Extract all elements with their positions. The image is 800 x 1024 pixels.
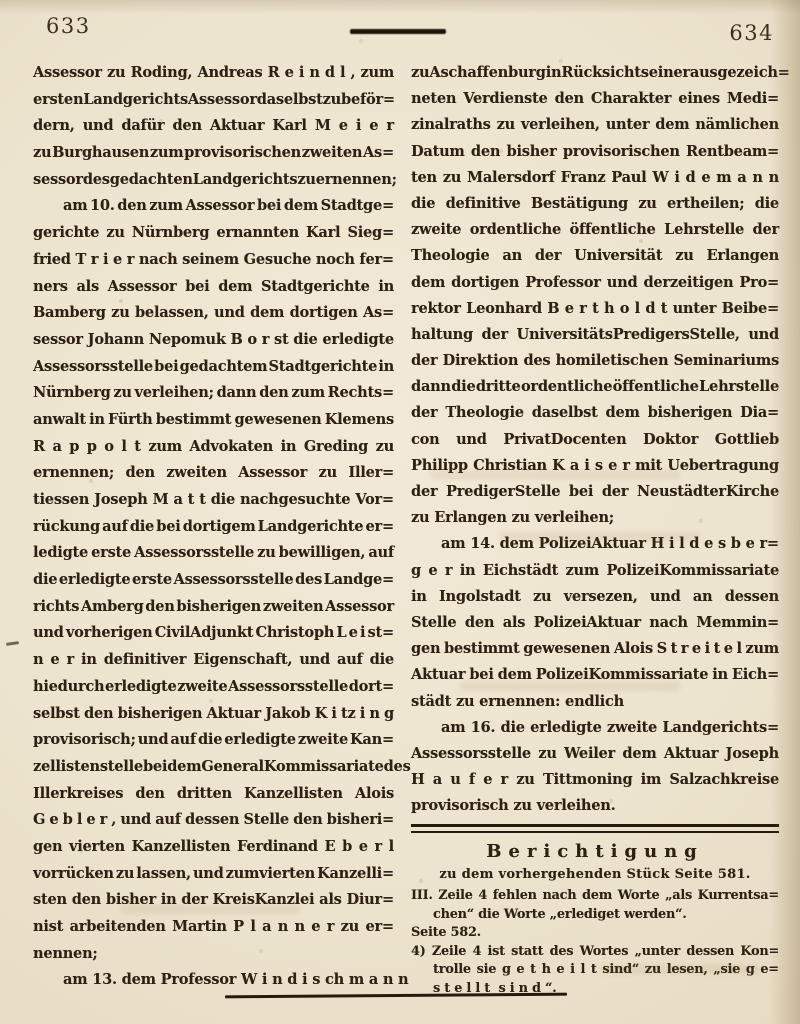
text-line: zellistenstellebeidemGeneralKommissariat… xyxy=(33,754,394,781)
text-line: AssessorsstellebeigedachtemStadtgerichte… xyxy=(33,354,394,381)
margin-mark xyxy=(6,641,19,646)
page-number-right: 634 xyxy=(729,21,774,45)
text-line: richtsAmbergdenbisherigenzweitenAssessor xyxy=(33,594,394,621)
text-line: AssessorsstellezuWeilerdemAktuarJoseph xyxy=(411,741,779,767)
text-line: ernennen;denzweitenAssessorzuIller= xyxy=(33,460,394,487)
text-line: danndiedritteordentlicheöffentlicheLehrs… xyxy=(411,374,779,400)
text-line: dieerledigteersteAssessorsstelledesLandg… xyxy=(33,567,394,594)
text-line: RappoltzumAdvokateninGredingzu xyxy=(33,434,394,461)
text-line: zinalrathszuverleihen,unterdemnämlichen xyxy=(411,112,779,138)
text-line: DatumdenbisherprovisorischenRentbeam= xyxy=(411,139,779,165)
text-line: anwaltinFürthbestimmtgewesenenKlemens xyxy=(33,407,394,434)
text-line: am10.denzumAssessorbeidemStadtge= xyxy=(33,193,394,220)
text-line: chen“ die Worte „erlediget werden“. xyxy=(411,906,779,925)
text-line: am14.demPolizeiAktuarHildesber= xyxy=(411,531,779,557)
text-line: am 13. dem Professor W i n d i s ch m a … xyxy=(33,967,394,994)
text-line: stendenbisherinderKreisKanzleialsDiur= xyxy=(33,887,394,914)
text-line: zuBurghausenzumprovisorischenzweitenAs= xyxy=(33,140,394,167)
text-line: 4)Zeile4iststattdesWortes„unterdessenKon… xyxy=(411,943,779,962)
page-header: 633 634 xyxy=(46,14,774,45)
correction-subtitle: zu dem vorhergehenden Stück Seite 581. xyxy=(411,865,779,885)
text-line: nennen; xyxy=(33,941,394,968)
text-line: derPredigerStellebeiderNeustädterKirche xyxy=(411,479,779,505)
text-line: diedefinitiveBestätigungzuertheilen;die xyxy=(411,191,779,217)
text-line: ledigteersteAssessorsstellezubewilligen,… xyxy=(33,540,394,567)
text-line: sessorJohannNepomukBorstdieerledigte xyxy=(33,327,394,354)
text-line: nistarbeitendenMartinPlannerzuer= xyxy=(33,914,394,941)
text-line: städt zu ernennen: endlich xyxy=(411,689,779,715)
text-line: HauferzuTittmoningimSalzachkreise xyxy=(411,767,779,793)
text-line: derTheologiedaselbstdembisherigenDia= xyxy=(411,400,779,426)
text-line: rektorLeonhardBertholdtunterBeibe= xyxy=(411,296,779,322)
text-line: PhilippChristianKaisermitUebertragung xyxy=(411,453,779,479)
text-line: provisorisch;undaufdieerledigtezweiteKan… xyxy=(33,727,394,754)
text-line: Bambergzubelassen,unddemdortigenAs= xyxy=(33,300,394,327)
text-line: sessordesgedachtenLandgerichtszuernennen… xyxy=(33,167,394,194)
text-line: vorrückenzulassen,undzumviertenKanzelli= xyxy=(33,861,394,888)
text-line: genbestimmtgewesenenAloisStreitelzum xyxy=(411,636,779,662)
text-line: nerindefinitiverEigenschaft,undaufdie xyxy=(33,647,394,674)
paper-speckles xyxy=(0,0,2,2)
page-top-shadow xyxy=(0,0,800,14)
text-line: dern,unddafürdenAktuarKarlMeier xyxy=(33,113,394,140)
text-line: rückungaufdiebeidortigemLandgerichteer= xyxy=(33,514,394,541)
text-line: tenzuMalersdorfFranzPaulWidemann xyxy=(411,165,779,191)
text-line: genviertenKanzellistenFerdinandEberl xyxy=(33,834,394,861)
text-line: III.Zeile4fehlennachdemWorte„alsKurrents… xyxy=(411,887,779,906)
text-line: selbstdenbisherigenAktuarJakobKitzing xyxy=(33,701,394,728)
two-column-text-block: AssessorzuRoding,AndreasReindl,zumersten… xyxy=(33,60,779,998)
text-line: haltungderUniversitätsPredigersStelle,un… xyxy=(411,322,779,348)
scanned-gazette-page: 633 634 AssessorzuRoding,AndreasReindl,z… xyxy=(0,0,800,1024)
text-line: zuAschaffenburginRücksichtseinerausgezei… xyxy=(411,60,779,86)
header-divider-rule xyxy=(350,29,446,34)
text-line: gerinEichstädtzumPolizeiKommissariate xyxy=(411,558,779,584)
page-number-left: 633 xyxy=(46,14,91,38)
text-line: IllerkreisesdendrittenKanzellistenAlois xyxy=(33,781,394,808)
text-line: provisorisch zu verleihen. xyxy=(411,793,779,819)
text-line: friedTriernachseinemGesuchenochfer= xyxy=(33,247,394,274)
text-line: Nürnbergzuverleihen;danndenzumRechts= xyxy=(33,380,394,407)
right-column-main-text: zuAschaffenburginRücksichtseinerausgezei… xyxy=(411,60,779,819)
text-line: netenVerdienstedenCharaktereinesMedi= xyxy=(411,86,779,112)
left-text-column: AssessorzuRoding,AndreasReindl,zumersten… xyxy=(33,60,394,998)
text-line: undvorherigenCivilAdjunktChristophLeist= xyxy=(33,620,394,647)
text-line: AssessorzuRoding,AndreasReindl,zum xyxy=(33,60,394,87)
text-line: tiessenJosephMattdienachgesuchteVor= xyxy=(33,487,394,514)
text-line: hiedurcherledigtezweiteAssessorsstelledo… xyxy=(33,674,394,701)
correction-heading: Berichtigung xyxy=(411,839,779,865)
text-line: zweiteordentlicheöffentlicheLehrstellede… xyxy=(411,217,779,243)
correction-notes: III.Zeile4fehlennachdemWorte„alsKurrents… xyxy=(411,887,779,998)
text-line: gerichtezuNürnbergernanntenKarlSieg= xyxy=(33,220,394,247)
right-text-column: zuAschaffenburginRücksichtseinerausgezei… xyxy=(411,60,779,998)
text-line: AktuarbeidemPolizeiKommissariateinEich= xyxy=(411,662,779,688)
section-divider-double-rule xyxy=(411,824,779,833)
text-line: Seite 582. xyxy=(411,924,779,943)
text-line: demdortigenProfessorundderzeitigenPro= xyxy=(411,270,779,296)
text-line: erstenLandgerichtsAssessordaselbstzubefö… xyxy=(33,87,394,114)
text-line: derDirektiondeshomiletischenSeminariums xyxy=(411,348,779,374)
text-line: conundPrivatDocentenDoktorGottlieb xyxy=(411,427,779,453)
text-line: trollesiegetheiltsind“zulesen,„siege= xyxy=(411,961,779,980)
text-line: Gebler,undaufdessenStelledenbisheri= xyxy=(33,807,394,834)
text-line: zu Erlangen zu verleihen; xyxy=(411,505,779,531)
text-line: nersalsAssessorbeidemStadtgerichtein xyxy=(33,274,394,301)
text-line: TheologieanderUniversitätzuErlangen xyxy=(411,243,779,269)
text-line: inIngolstadtzuversezen,undandessen xyxy=(411,584,779,610)
text-line: am16.dieerledigtezweiteLandgerichts= xyxy=(411,715,779,741)
text-line: StelledenalsPolizeiAktuarnachMemmin= xyxy=(411,610,779,636)
